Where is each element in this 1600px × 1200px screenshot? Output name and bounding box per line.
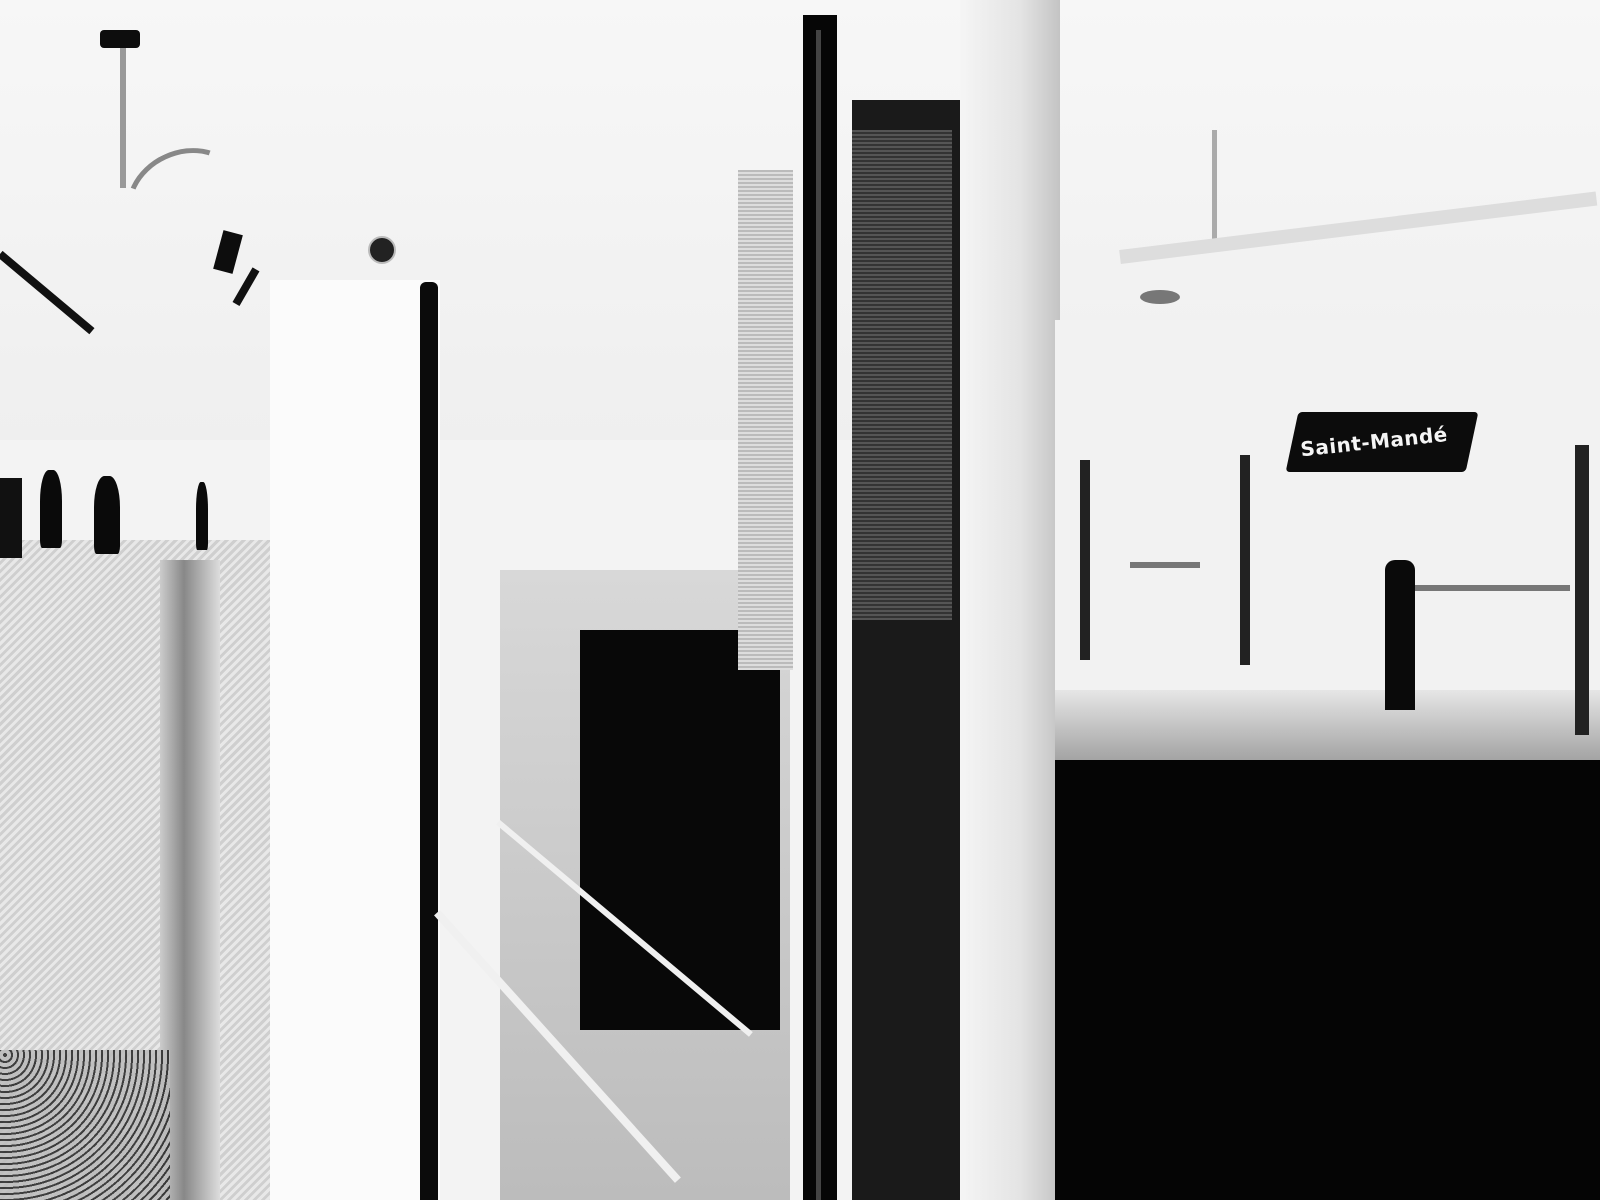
window-rail	[1410, 585, 1570, 591]
lamp-rod	[120, 48, 126, 188]
platform-tactile-strip	[0, 1050, 170, 1200]
window-rail	[1130, 562, 1200, 568]
train-door-panel	[270, 280, 440, 1200]
window-frame	[1575, 445, 1589, 735]
opposite-platform-wall	[1055, 320, 1600, 740]
passenger-silhouette	[196, 482, 208, 550]
passenger-silhouette	[40, 470, 62, 548]
door-frame-texture	[852, 130, 952, 620]
lamp-rod	[1212, 130, 1217, 250]
platform-ledge	[1055, 690, 1600, 770]
window-frame	[1080, 460, 1090, 660]
reflective-panel	[738, 170, 793, 670]
window-frame	[1240, 455, 1250, 665]
train-window	[580, 630, 780, 1030]
platform-post	[1385, 560, 1415, 710]
metro-photo: Saint-Mandé	[0, 0, 1600, 1200]
round-sign-icon	[368, 236, 396, 264]
lamp-mount	[100, 30, 140, 48]
grab-pole-highlight	[816, 30, 821, 1200]
pillar	[0, 478, 22, 558]
train-pillar	[960, 0, 1060, 1200]
train-lower-body	[1055, 760, 1600, 1200]
door-edge	[420, 282, 438, 1200]
lamp-head	[1140, 290, 1180, 304]
passenger-silhouette	[94, 476, 120, 554]
